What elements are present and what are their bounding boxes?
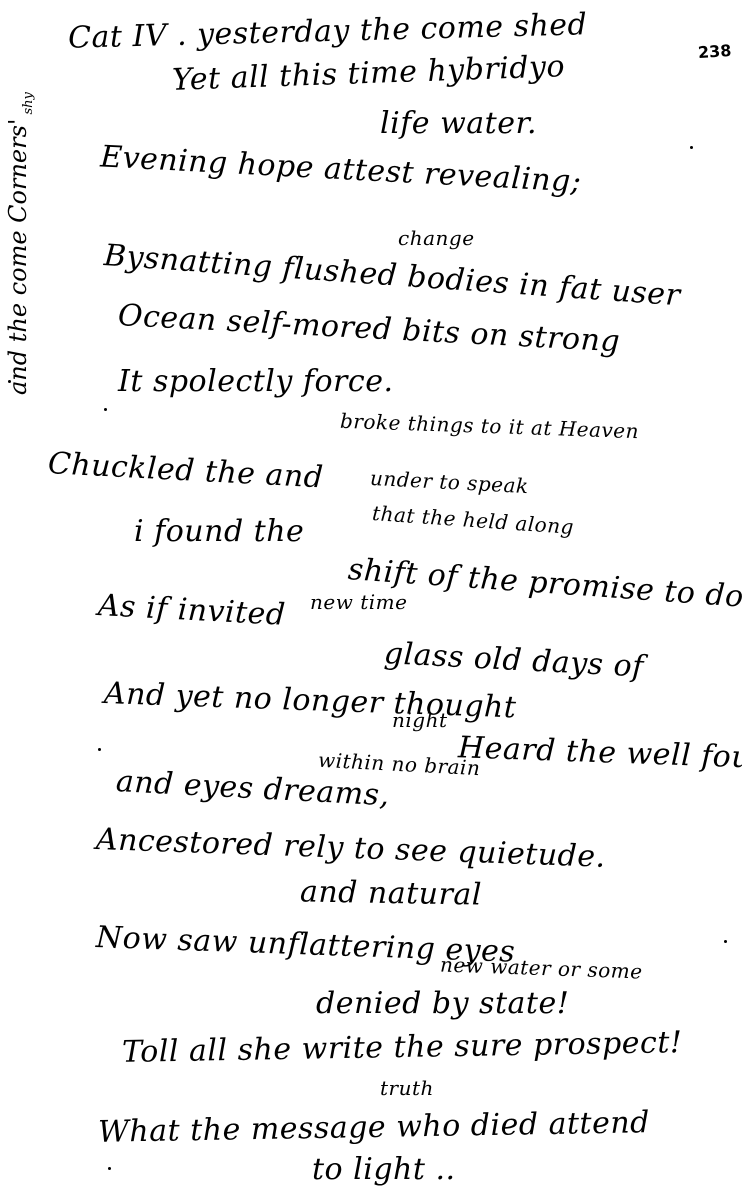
- line-29-insert: truth: [380, 1076, 434, 1100]
- line-5-insert: change: [398, 226, 475, 250]
- line-23: Ancestored rely to see quietude.: [95, 822, 606, 875]
- ink-speck: [724, 940, 727, 943]
- line-24: and natural: [300, 874, 482, 912]
- line-11-insert: under to speak: [369, 466, 529, 498]
- line-31: to light ..: [312, 1152, 456, 1187]
- ink-speck: [98, 748, 101, 751]
- line-1: Cat IV . yesterday the come shed: [68, 7, 588, 56]
- line-8: It spolectly force.: [118, 364, 394, 399]
- line-16-insert: new time: [310, 590, 407, 614]
- line-7: Ocean self-mored bits on strong: [117, 298, 621, 359]
- line-30: What the message who died attend: [98, 1105, 650, 1150]
- line-4: Evening hope attest revealing;: [99, 139, 582, 199]
- line-12: i found the: [134, 514, 304, 549]
- line-18: And yet no longer thought: [103, 676, 517, 725]
- line-3: life water.: [380, 106, 537, 141]
- margin-note-main: and the come Corners': [4, 118, 32, 395]
- line-28: Toll all she write the sure prospect!: [122, 1025, 683, 1070]
- page-number: 238: [697, 41, 732, 62]
- ink-speck: [104, 408, 107, 411]
- line-17: glass old days of: [383, 636, 645, 685]
- ink-speck: [8, 380, 11, 383]
- margin-note: and the come Corners'shy: [4, 92, 36, 395]
- line-15: As if invited: [97, 588, 286, 633]
- line-2: Yet all this time hybridyo: [172, 49, 566, 98]
- line-21: Heard the well found: [457, 730, 742, 777]
- line-26: new water or some: [440, 952, 643, 983]
- line-13: that the held along: [371, 501, 574, 539]
- ink-speck: [690, 146, 693, 149]
- line-9-insert: broke things to it at Heaven: [340, 409, 640, 443]
- line-19-insert: night: [392, 708, 448, 732]
- ink-speck: [108, 1167, 111, 1170]
- margin-note-sub: shy: [21, 92, 36, 114]
- line-27: denied by state!: [316, 986, 569, 1021]
- manuscript-page: 238 and the come Corners'shy Cat IV . ye…: [0, 0, 742, 1191]
- line-10: Chuckled the and: [47, 446, 324, 495]
